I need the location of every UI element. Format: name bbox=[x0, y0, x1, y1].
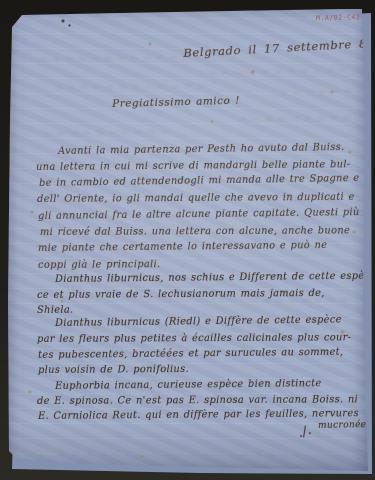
handwriting-line: de E. spinosa. Ce n'est pas E. spinosa v… bbox=[37, 394, 358, 407]
handwriting-line: ce et plus vraie de S. lechusianorum mai… bbox=[37, 288, 325, 301]
stain-speck bbox=[30, 210, 34, 214]
stain-speck bbox=[210, 120, 214, 123]
handwriting-line: dell' Oriente, io gli mandai quelle che … bbox=[37, 192, 355, 205]
stain-speck bbox=[28, 390, 32, 394]
handwriting-line: par les fleurs plus petites à écailles c… bbox=[37, 332, 351, 345]
stain-speck bbox=[352, 230, 356, 234]
stain-speck bbox=[140, 455, 144, 458]
stain-speck bbox=[348, 150, 352, 154]
ink-speck bbox=[61, 19, 65, 23]
stain-speck bbox=[330, 90, 334, 94]
scanned-letter-photo: M.A/02-C42 Belgrado il 17 settembre 865 … bbox=[0, 0, 375, 480]
handwriting-line: mi ricevé dal Buiss. una lettera con alc… bbox=[40, 225, 350, 238]
handwriting-line: coppi già le principali. bbox=[38, 259, 161, 271]
handwriting-line: Shiela. bbox=[37, 305, 74, 316]
paper-sheet: M.A/02-C42 Belgrado il 17 settembre 865 … bbox=[0, 0, 375, 480]
handwriting-line: plus voisin de D. ponifolius. bbox=[38, 364, 189, 376]
stain-speck bbox=[148, 42, 152, 46]
archive-stamp: M.A/02-C42 bbox=[316, 13, 360, 22]
handwriting-fragment: mucronées bbox=[318, 420, 371, 431]
stain-speck bbox=[250, 70, 255, 74]
ink-speck bbox=[68, 24, 71, 27]
